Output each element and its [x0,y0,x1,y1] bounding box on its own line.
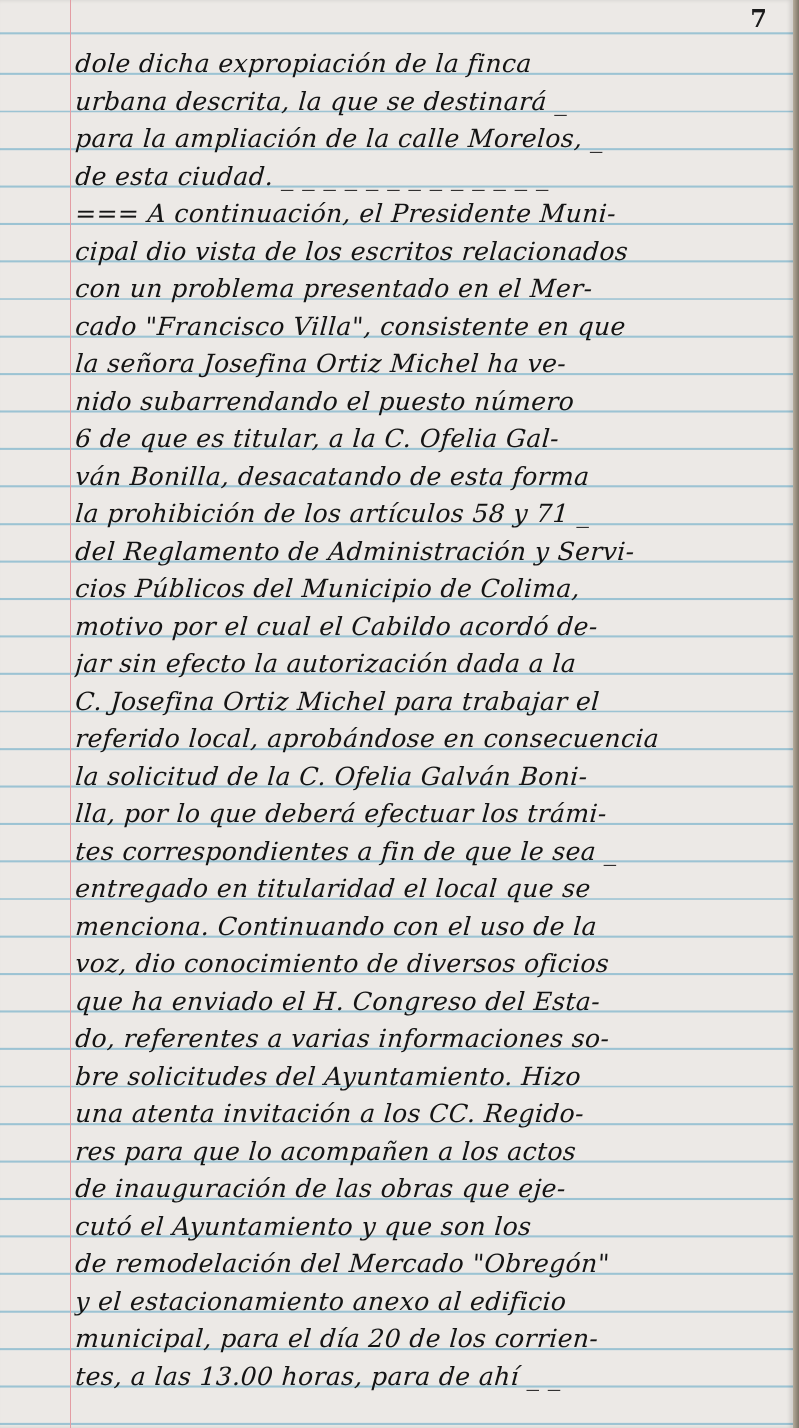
text-line: tes correspondientes a fin de que le sea… [74,833,793,871]
text-line: nido subarrendando el puesto número [74,383,793,421]
text-line: para la ampliación de la calle Morelos, … [74,120,793,158]
text-line: dole dicha expropiación de la finca [74,45,793,83]
text-line: de esta ciudad. _ _ _ _ _ _ _ _ _ _ _ _ … [74,158,793,196]
text-line: cado "Francisco Villa", consistente en q… [74,308,793,346]
text-line: cipal dio vista de los escritos relacion… [74,233,793,271]
text-line: menciona. Continuando con el uso de la [74,908,793,946]
text-line: que ha enviado el H. Congreso del Esta- [74,983,793,1021]
handwritten-ledger-page: 7 dole dicha expropiación de la finca ur… [0,0,793,1428]
text-line: lla, por lo que deberá efectuar los trám… [74,795,793,833]
handwritten-text-block: dole dicha expropiación de la finca urba… [74,45,790,1395]
text-line: jar sin efecto la autorización dada a la [74,645,793,683]
text-line: del Reglamento de Administración y Servi… [74,533,793,571]
text-line: urbana descrita, la que se destinará _ [74,83,793,121]
page-number: 7 [750,4,767,33]
text-line: la prohibición de los artículos 58 y 71 … [74,495,793,533]
text-line: la señora Josefina Ortiz Michel ha ve- [74,345,793,383]
page-edge [793,0,799,1428]
text-line: tes, a las 13.00 horas, para de ahí _ _ [74,1358,793,1396]
text-line: la solicitud de la C. Ofelia Galván Boni… [74,758,793,796]
text-line: voz, dio conocimiento de diversos oficio… [74,945,793,983]
text-line: ván Bonilla, desacatando de esta forma [74,458,793,496]
text-line: de remodelación del Mercado "Obregón" [74,1245,793,1283]
text-line: motivo por el cual el Cabildo acordó de- [74,608,793,646]
text-line: C. Josefina Ortiz Michel para trabajar e… [74,683,793,721]
text-line: de inauguración de las obras que eje- [74,1170,793,1208]
text-line: res para que lo acompañen a los actos [74,1133,793,1171]
text-line: bre solicitudes del Ayuntamiento. Hizo [74,1058,793,1096]
text-line: do, referentes a varias informaciones so… [74,1020,793,1058]
text-line: 6 de que es titular, a la C. Ofelia Gal- [74,420,793,458]
text-line: y el estacionamiento anexo al edificio [74,1283,793,1321]
text-line: entregado en titularidad el local que se [74,870,793,908]
text-line: con un problema presentado en el Mer- [74,270,793,308]
text-line: una atenta invitación a los CC. Regido- [74,1095,793,1133]
red-margin-line [70,0,71,1428]
text-line: cutó el Ayuntamiento y que son los [74,1208,793,1246]
text-line: === A continuación, el Presidente Muni- [74,195,793,233]
text-line: referido local, aprobándose en consecuen… [74,720,793,758]
text-line: cios Públicos del Municipio de Colima, [74,570,793,608]
text-line: municipal, para el día 20 de los corrien… [74,1320,793,1358]
